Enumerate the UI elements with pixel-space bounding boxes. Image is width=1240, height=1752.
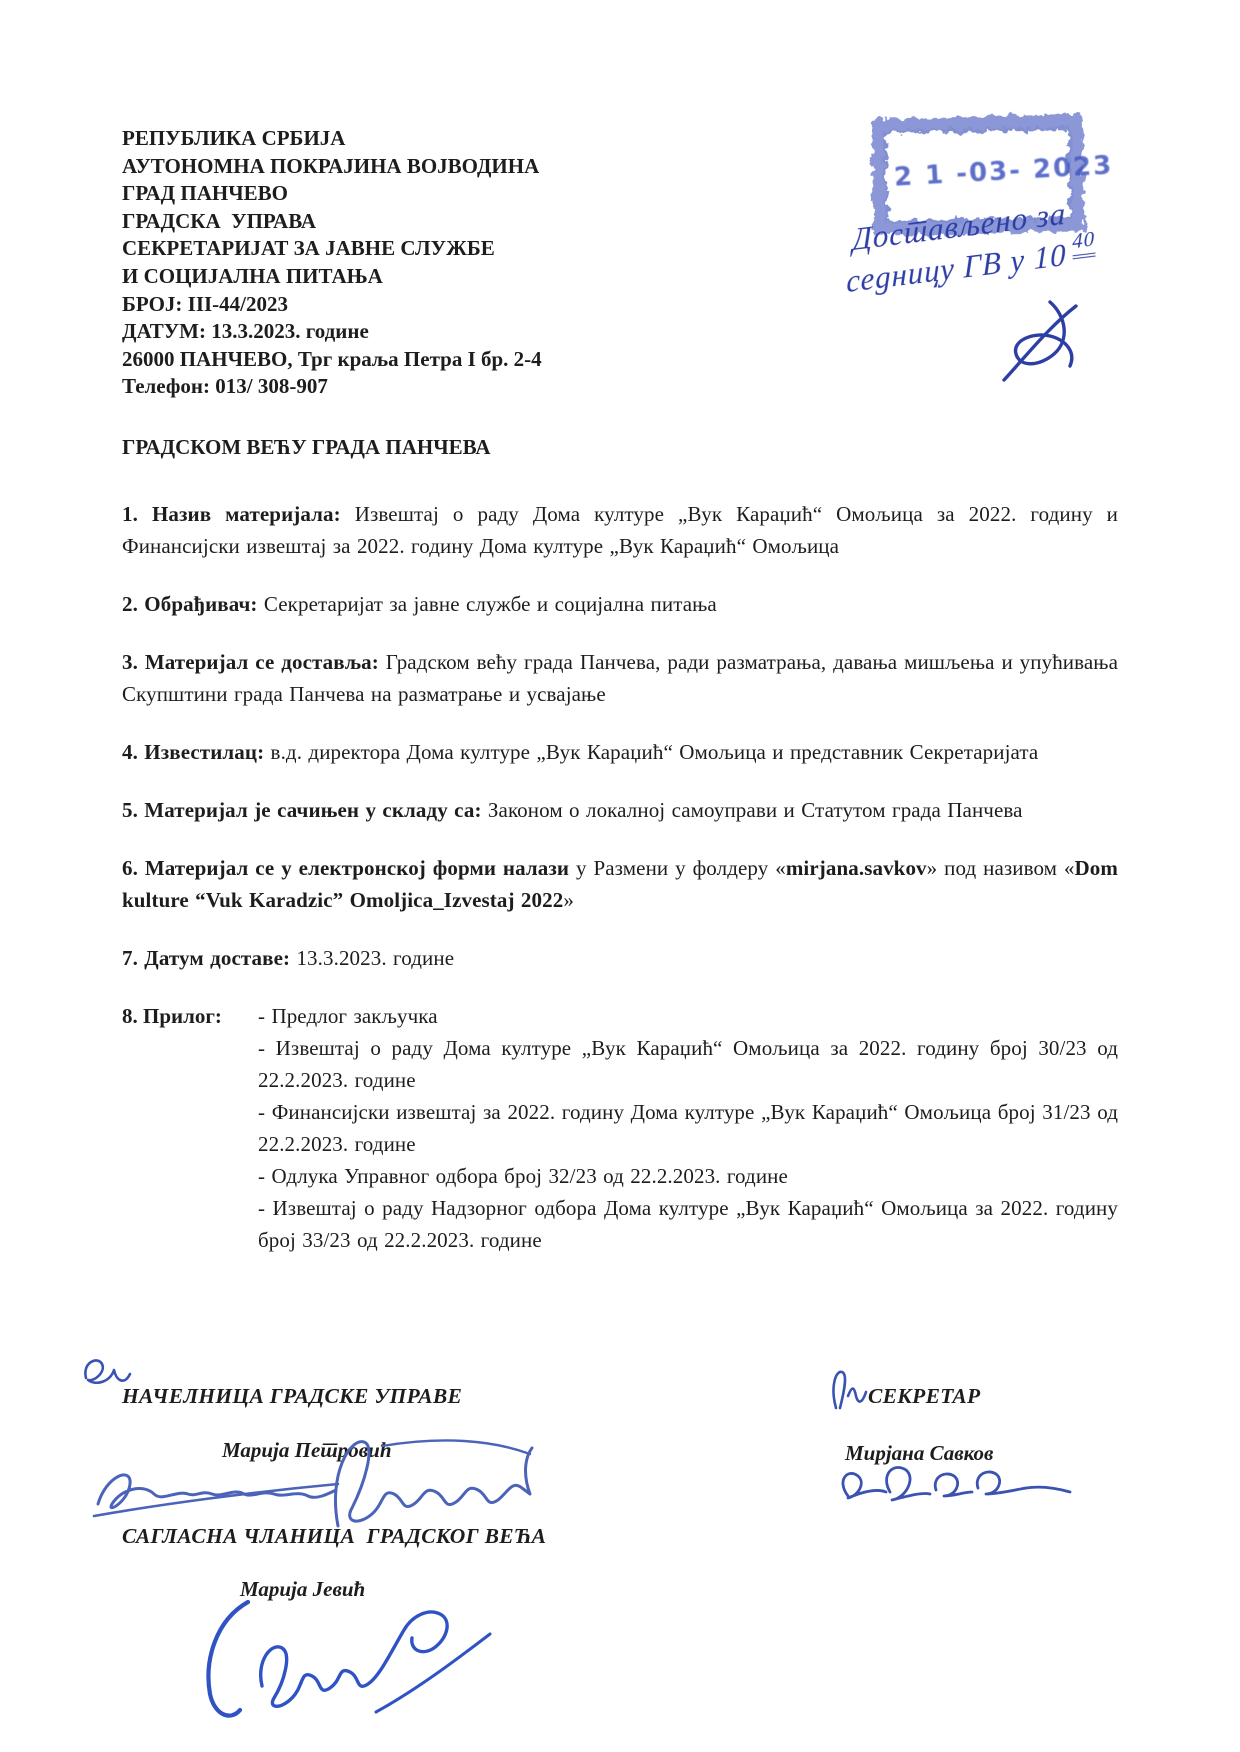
item-2-label: 2. Обрађивач:: [122, 592, 258, 616]
item-4-label: 4. Известилац:: [122, 740, 264, 764]
item-5-legal-basis: 5. Материјал је сачињен у складу са: Зак…: [122, 794, 1118, 826]
signature-mirjana-savkov-icon: [828, 1460, 1073, 1514]
item-2-text: Секретаријат за јавне службе и социјална…: [258, 592, 717, 616]
attachment-entry: - Предлог закључка: [258, 1000, 1118, 1032]
attachment-entry: - Одлука Управног одбора број 32/23 од 2…: [258, 1160, 1118, 1192]
item-5-text: Законом о локалној самоуправи и Статутом…: [482, 798, 1023, 822]
item-1-material-name: 1. Назив материјала: Извештај о раду Дом…: [122, 498, 1118, 562]
letterhead-phone: Телефон: 013/ 308-907: [122, 373, 1118, 401]
letterhead-date: ДАТУМ: 13.3.2023. године: [122, 318, 1118, 346]
item-7-delivery-date: 7. Датум доставе: 13.3.2023. године: [122, 942, 1118, 974]
attachment-entry: - Извештај о раду Надзорног одбора Дома …: [258, 1192, 1118, 1256]
item-4-text: в.д. директора Дома културе „Вук Караџић…: [264, 740, 1038, 764]
item-3-label: 3. Материјал се доставља:: [122, 650, 379, 674]
item-6-text: у Размени у фолдеру «: [569, 856, 786, 880]
handwritten-note-time-superscript: 40: [1072, 226, 1095, 259]
item-6-folder-name: mirjana.savkov: [786, 856, 927, 880]
item-4-rapporteur: 4. Известилац: в.д. директора Дома култу…: [122, 736, 1118, 768]
item-7-label: 7. Датум доставе:: [122, 946, 290, 970]
attachment-entry: - Финансијски извештај за 2022. годину Д…: [258, 1096, 1118, 1160]
left-signatory-title: НАЧЕЛНИЦА ГРАДСКЕ УПРАВЕ: [122, 1384, 462, 1409]
item-6-text: » под називом «: [927, 856, 1075, 880]
item-2-processor: 2. Обрађивач: Секретаријат за јавне служ…: [122, 588, 1118, 620]
handwritten-paraph-icon: [990, 296, 1085, 384]
signature-marija-jevic-icon: [196, 1590, 496, 1732]
item-6-text: »: [563, 888, 574, 912]
item-list: 1. Назив материјала: Извештај о раду Дом…: [122, 498, 1118, 1256]
attachment-entry: - Извештај о раду Дома културе „Вук Кара…: [258, 1032, 1118, 1096]
item-7-text: 13.3.2023. године: [290, 946, 454, 970]
initials-mark-right-icon: [822, 1364, 870, 1414]
item-3-delivered-to: 3. Материјал се доставља: Градском већу …: [122, 646, 1118, 710]
document-content: РЕПУБЛИКА СРБИЈА АУТОНОМНА ПОКРАЈИНА ВОЈ…: [122, 125, 1118, 1256]
recipient-line: ГРАДСКОМ ВЕЋУ ГРАДА ПАНЧЕВА: [122, 434, 1118, 461]
consent-member-title: САГЛАСНА ЧЛАНИЦА ГРАДСКОГ ВЕЋА: [122, 1524, 546, 1549]
letterhead-case-number: БРОЈ: III-44/2023: [122, 291, 1118, 319]
item-8-label: 8. Прилог:: [122, 1000, 222, 1032]
scanned-document-page: РЕПУБЛИКА СРБИЈА АУТОНОМНА ПОКРАЈИНА ВОЈ…: [0, 0, 1240, 1752]
right-signatory-title: СЕКРЕТАР: [868, 1384, 980, 1409]
item-8-attachments: 8. Прилог: - Предлог закључка - Извештај…: [122, 1000, 1118, 1256]
item-6-label: 6. Материјал се у електронској форми нал…: [122, 856, 569, 880]
item-6-electronic-form: 6. Материјал се у електронској форми нал…: [122, 852, 1118, 916]
signature-marija-petrovic-icon: [322, 1430, 537, 1538]
attachment-list: - Предлог закључка - Извештај о раду Дом…: [258, 1000, 1118, 1256]
item-5-label: 5. Материјал је сачињен у складу са:: [122, 798, 482, 822]
item-1-label: 1. Назив материјала:: [122, 502, 341, 526]
letterhead-address: 26000 ПАНЧЕВО, Трг краља Петра I бр. 2-4: [122, 346, 1118, 374]
